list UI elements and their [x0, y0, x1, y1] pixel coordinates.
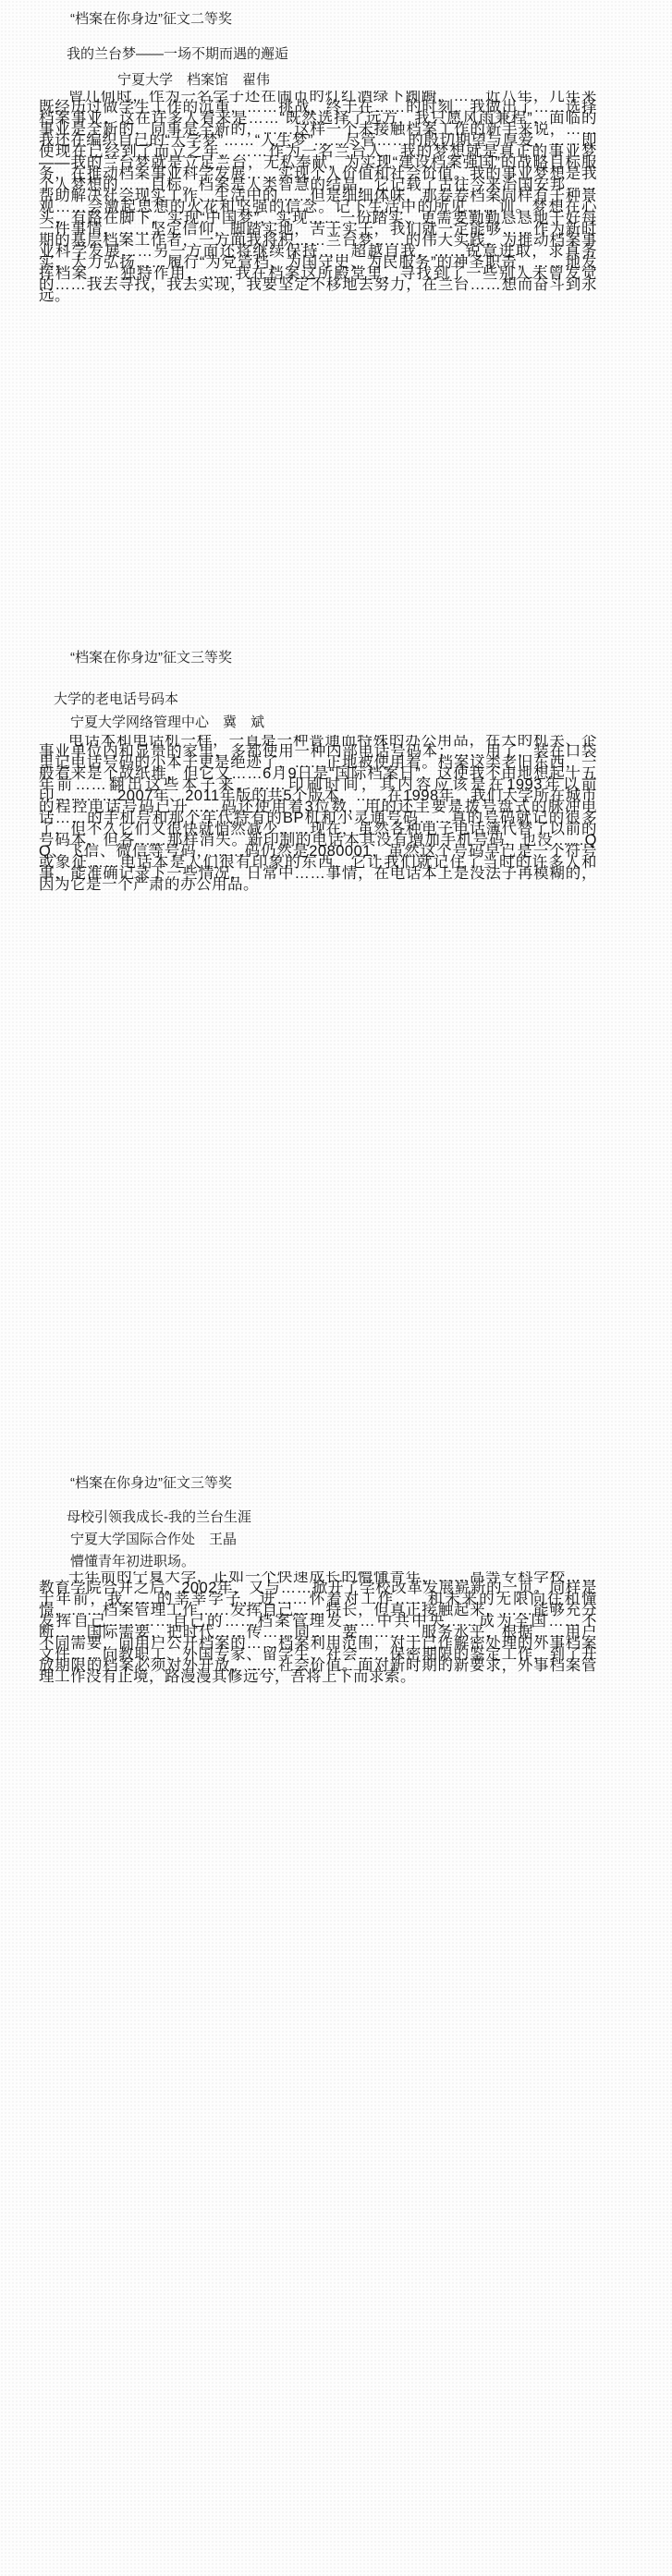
essay-title: 母校引领我成长-我的兰台生涯 — [39, 1509, 597, 1526]
essay-section: “档案在你身边”征文三等奖 母校引领我成长-我的兰台生涯 宁夏大学国际合作处 王… — [39, 1475, 597, 2542]
award-heading: “档案在你身边”征文二等奖 — [39, 11, 597, 28]
essay-byline: 宁夏大学网络管理中心 冀 斌 — [39, 714, 597, 731]
award-heading: “档案在你身边”征文三等奖 — [39, 650, 597, 666]
essay-title: 大学的老电话号码本 — [39, 691, 597, 708]
essay-subheading: 懵懂青年初进职场。 — [39, 1554, 597, 1570]
essay-byline: 宁夏大学国际合作处 王晶 — [39, 1532, 597, 1548]
essay-byline: 宁夏大学 档案馆 翟伟 — [39, 72, 597, 89]
award-heading: “档案在你身边”征文三等奖 — [39, 1475, 597, 1492]
essay-body-text: 曾几何时，作为一名学子还在闹市的灯红酒绿下踟蹰，……近八年，几年来既经历过做学生… — [39, 91, 597, 538]
document-page: { "colors": { "page_background": "#fdfdf… — [0, 0, 672, 2576]
essay-title: 我的兰台梦——一场不期而遇的邂逅 — [39, 46, 597, 63]
essay-body-text: 十年前的宁夏大学，正如一个快速成长的懵懂青年，……高等专科学校……教育学院合并之… — [39, 1571, 597, 2542]
essay-section: “档案在你身边”征文三等奖 大学的老电话号码本 宁夏大学网络管理中心 冀 斌 电… — [39, 650, 597, 1289]
essay-body-text: 电话本和电话机一样，一直是一种普通而特殊的办公用品，在大的机关、企事业单位内和显… — [39, 735, 597, 1289]
essay-section: “档案在你身边”征文二等奖 我的兰台梦——一场不期而遇的邂逅 宁夏大学 档案馆 … — [39, 11, 597, 538]
